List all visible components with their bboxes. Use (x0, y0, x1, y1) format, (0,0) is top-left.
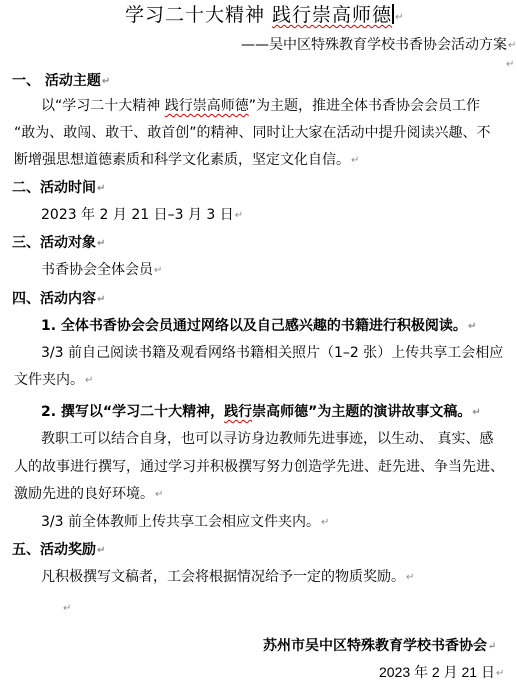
reward-paragraph[interactable]: 凡积极撰写文稿者，工会将根据情况给予一定的物质奖励。↵ (41, 567, 414, 588)
document-title[interactable]: 学习二十大精神 践行崇高师德↵ (125, 4, 404, 28)
body-text: “敢为、敢闯、敢干、敢首创”的精神、同时让大家在活动中提升阅读兴趣、不 (14, 125, 491, 141)
paragraph-mark-icon: ↵ (488, 641, 496, 652)
heading-text: 三、活动对象 (12, 235, 96, 251)
section-heading-theme[interactable]: 一、 活动主题↵ (12, 71, 110, 92)
body-text: 以“学习二十大精神 (41, 98, 165, 114)
body-text: 凡积极撰写文稿者，工会将根据情况给予一定的物质奖励。 (41, 569, 405, 585)
body-text: ”为主题，推进全体书香协会会员工作 (249, 98, 480, 114)
paragraph-mark-icon: ↵ (506, 59, 514, 70)
theme-paragraph-line-1[interactable]: 以“学习二十大精神 践行崇高师德”为主题，推进全体书香协会会员工作 (41, 96, 480, 116)
body-text: 人的故事进行撰写，通过学习并积极撰写努力创造学先进、赶先进、争当先进、 (14, 459, 504, 475)
content-item-1-line-1[interactable]: 3/3 前自己阅读书籍及观看网络书籍相关照片（1–2 张）上传共享工会相应 (41, 343, 503, 363)
paragraph-mark-icon: ↵ (235, 210, 243, 221)
empty-paragraph: ↵ (62, 598, 71, 619)
signature-date[interactable]: 2023 年 2 月 21 日↵ (379, 662, 504, 684)
empty-paragraph: ↵ (505, 54, 514, 75)
paragraph-mark-icon: ↵ (85, 375, 93, 386)
item-title-spellcheck: 践行 (224, 404, 252, 420)
paragraph-mark-icon: ↵ (395, 12, 404, 23)
content-item-2-line-2[interactable]: 人的故事进行撰写，通过学习并积极撰写努力创造学先进、赶先进、争当先进、 (14, 457, 504, 477)
theme-paragraph-line-2[interactable]: “敢为、敢闯、敢干、敢首创”的精神、同时让大家在活动中提升阅读兴趣、不 (14, 123, 491, 143)
paragraph-mark-icon: ↵ (63, 603, 71, 614)
paragraph-mark-icon: ↵ (155, 489, 163, 500)
paragraph-mark-icon: ↵ (508, 40, 516, 51)
document-subtitle[interactable]: ——吴中区特殊教育学校书香协会活动方案↵ (241, 35, 516, 56)
paragraph-mark-icon: ↵ (97, 545, 105, 556)
body-text: 书香协会全体会员 (41, 262, 153, 278)
heading-text: 二、活动时间 (12, 180, 96, 196)
body-text: 文件夹内。 (14, 372, 84, 388)
paragraph-mark-icon: ↵ (472, 407, 480, 418)
body-text: 2023 年 2 月 21 日–3 月 3 日 (41, 207, 234, 223)
content-item-1-title[interactable]: 1. 全体书香协会会员通过网络以及自己感兴趣的书籍进行积极阅读。↵ (41, 316, 476, 337)
signature-organization[interactable]: 苏州市吴中区特殊教育学校书香协会↵ (263, 637, 496, 657)
body-text: 断增强思想道德素质和科学文化素质，坚定文化自信。 (14, 152, 350, 168)
body-text: 激励先进的良好环境。 (14, 486, 154, 502)
title-text-spellcheck: 践行崇高师德 (272, 4, 392, 26)
theme-paragraph-line-3[interactable]: 断增强思想道德素质和科学文化素质，坚定文化自信。↵ (14, 150, 359, 171)
paragraph-mark-icon: ↵ (321, 517, 329, 528)
body-text: 3/3 前自己阅读书籍及观看网络书籍相关照片（1–2 张）上传共享工会相应 (41, 345, 503, 361)
signature-text: 苏州市吴中区特殊教育学校书香协会 (263, 639, 487, 654)
paragraph-mark-icon: ↵ (97, 183, 105, 194)
heading-text: 五、活动奖励 (12, 542, 96, 558)
item-title-text: 1. 全体书香协会会员通过网络以及自己感兴趣的书籍进行积极阅读。 (41, 318, 467, 334)
date-text: 2023 年 2 月 21 日 (379, 664, 495, 680)
paragraph-mark-icon: ↵ (154, 265, 162, 276)
item-title-text: 崇高师德”为主题的演讲故事文稿。 (252, 404, 471, 420)
content-item-2-line-1[interactable]: 教职工可以结合自身，也可以寻访身边教师先进事迹，以生动、 真实、感 (41, 429, 493, 449)
paragraph-mark-icon: ↵ (97, 238, 105, 249)
paragraph-mark-icon: ↵ (468, 321, 476, 332)
heading-text: 一、 活动主题 (12, 73, 101, 89)
section-heading-reward[interactable]: 五、活动奖励↵ (12, 540, 105, 561)
time-paragraph[interactable]: 2023 年 2 月 21 日–3 月 3 日↵ (41, 205, 243, 226)
body-text-spellcheck: 践行崇高师德 (165, 98, 249, 114)
content-item-2-line-4[interactable]: 3/3 前全体教师上传共享工会相应文件夹内。↵ (41, 512, 329, 533)
content-item-2-line-3[interactable]: 激励先进的良好环境。↵ (14, 484, 163, 505)
section-heading-content[interactable]: 四、活动内容↵ (12, 289, 105, 310)
audience-paragraph[interactable]: 书香协会全体会员↵ (41, 260, 162, 281)
title-text: 学习二十大精神 (125, 4, 272, 26)
item-title-text: 2. 撰写以“学习二十大精神， (41, 404, 224, 420)
paragraph-mark-icon: ↵ (102, 76, 110, 87)
subtitle-text: ——吴中区特殊教育学校书香协会活动方案 (241, 37, 507, 53)
section-heading-audience[interactable]: 三、活动对象↵ (12, 233, 105, 254)
paragraph-mark-icon: ↵ (351, 155, 359, 166)
content-item-1-line-2[interactable]: 文件夹内。↵ (14, 370, 93, 391)
paragraph-mark-icon: ↵ (496, 668, 504, 679)
body-text: 教职工可以结合自身，也可以寻访身边教师先进事迹，以生动、 真实、感 (41, 431, 493, 447)
text-cursor (392, 4, 394, 24)
body-text: 3/3 前全体教师上传共享工会相应文件夹内。 (41, 514, 320, 530)
section-heading-time[interactable]: 二、活动时间↵ (12, 178, 105, 199)
heading-text: 四、活动内容 (12, 291, 96, 307)
paragraph-mark-icon: ↵ (97, 294, 105, 305)
content-item-2-title[interactable]: 2. 撰写以“学习二十大精神，践行崇高师德”为主题的演讲故事文稿。↵ (41, 402, 481, 423)
paragraph-mark-icon: ↵ (406, 572, 414, 583)
